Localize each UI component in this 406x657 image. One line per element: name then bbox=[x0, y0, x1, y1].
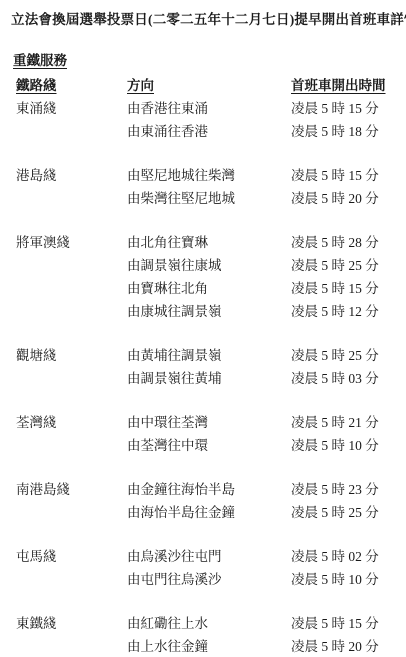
direction-cell: 由海怡半島往金鐘 bbox=[127, 501, 291, 524]
document-page: 立法會換屆選舉投票日(二零二五年十二月七日)提早開出首班車詳情: 重鐵服務 鐵路… bbox=[0, 0, 406, 657]
line-name-cell: 東涌綫 bbox=[16, 97, 127, 120]
column-header-direction: 方向 bbox=[127, 74, 291, 97]
document-title: 立法會換屆選舉投票日(二零二五年十二月七日)提早開出首班車詳情: bbox=[11, 11, 398, 28]
time-cell: 凌晨 5 時 20 分 bbox=[291, 187, 398, 210]
direction-cell: 由柴灣往堅尼地城 bbox=[127, 187, 291, 210]
direction-cell: 由康城往調景嶺 bbox=[127, 300, 291, 323]
time-cell: 凌晨 5 時 18 分 bbox=[291, 120, 398, 143]
table-row: 由康城往調景嶺凌晨 5 時 12 分 bbox=[16, 300, 398, 323]
time-cell: 凌晨 5 時 15 分 bbox=[291, 612, 398, 635]
time-cell: 凌晨 5 時 02 分 bbox=[291, 545, 398, 568]
line-name-cell bbox=[16, 120, 127, 143]
direction-cell: 由東涌往香港 bbox=[127, 120, 291, 143]
direction-cell: 由荃灣往中環 bbox=[127, 434, 291, 457]
line-group: 南港島綫由金鐘往海怡半島凌晨 5 時 23 分由海怡半島往金鐘凌晨 5 時 25… bbox=[16, 478, 398, 524]
line-name-cell: 東鐵綫 bbox=[16, 612, 127, 635]
direction-cell: 由中環往荃灣 bbox=[127, 411, 291, 434]
time-cell: 凌晨 5 時 12 分 bbox=[291, 300, 398, 323]
direction-cell: 由北角往寶琳 bbox=[127, 231, 291, 254]
time-cell: 凌晨 5 時 15 分 bbox=[291, 97, 398, 120]
line-group: 屯馬綫由烏溪沙往屯門凌晨 5 時 02 分由屯門往烏溪沙凌晨 5 時 10 分 bbox=[16, 545, 398, 591]
table-row: 由寶琳往北角凌晨 5 時 15 分 bbox=[16, 277, 398, 300]
line-group: 將軍澳綫由北角往寶琳凌晨 5 時 28 分由調景嶺往康城凌晨 5 時 25 分由… bbox=[16, 231, 398, 323]
table-groups: 東涌綫由香港往東涌凌晨 5 時 15 分由東涌往香港凌晨 5 時 18 分港島綫… bbox=[16, 97, 398, 657]
time-cell: 凌晨 5 時 28 分 bbox=[291, 231, 398, 254]
line-group: 東涌綫由香港往東涌凌晨 5 時 15 分由東涌往香港凌晨 5 時 18 分 bbox=[16, 97, 398, 143]
time-cell: 凌晨 5 時 21 分 bbox=[291, 411, 398, 434]
line-name-cell: 觀塘綫 bbox=[16, 344, 127, 367]
line-name-cell: 將軍澳綫 bbox=[16, 231, 127, 254]
time-cell: 凌晨 5 時 23 分 bbox=[291, 478, 398, 501]
direction-cell: 由上水往金鐘 bbox=[127, 635, 291, 657]
first-train-table: 鐵路綫 方向 首班車開出時間 東涌綫由香港往東涌凌晨 5 時 15 分由東涌往香… bbox=[16, 74, 398, 657]
direction-cell: 由調景嶺往康城 bbox=[127, 254, 291, 277]
time-cell: 凌晨 5 時 03 分 bbox=[291, 367, 398, 390]
table-row: 由海怡半島往金鐘凌晨 5 時 25 分 bbox=[16, 501, 398, 524]
table-row: 觀塘綫由黃埔往調景嶺凌晨 5 時 25 分 bbox=[16, 344, 398, 367]
table-row: 將軍澳綫由北角往寶琳凌晨 5 時 28 分 bbox=[16, 231, 398, 254]
line-name-cell bbox=[16, 300, 127, 323]
time-cell: 凌晨 5 時 20 分 bbox=[291, 635, 398, 657]
table-row: 由荃灣往中環凌晨 5 時 10 分 bbox=[16, 434, 398, 457]
line-name-cell bbox=[16, 635, 127, 657]
direction-cell: 由黃埔往調景嶺 bbox=[127, 344, 291, 367]
line-group: 荃灣綫由中環往荃灣凌晨 5 時 21 分由荃灣往中環凌晨 5 時 10 分 bbox=[16, 411, 398, 457]
line-name-cell bbox=[16, 254, 127, 277]
direction-cell: 由金鐘往海怡半島 bbox=[127, 478, 291, 501]
table-row: 港島綫由堅尼地城往柴灣凌晨 5 時 15 分 bbox=[16, 164, 398, 187]
line-group: 港島綫由堅尼地城往柴灣凌晨 5 時 15 分由柴灣往堅尼地城凌晨 5 時 20 … bbox=[16, 164, 398, 210]
direction-cell: 由屯門往烏溪沙 bbox=[127, 568, 291, 591]
direction-cell: 由堅尼地城往柴灣 bbox=[127, 164, 291, 187]
table-row: 由調景嶺往康城凌晨 5 時 25 分 bbox=[16, 254, 398, 277]
table-row: 南港島綫由金鐘往海怡半島凌晨 5 時 23 分 bbox=[16, 478, 398, 501]
line-name-cell: 港島綫 bbox=[16, 164, 127, 187]
time-cell: 凌晨 5 時 15 分 bbox=[291, 164, 398, 187]
column-header-time: 首班車開出時間 bbox=[291, 74, 398, 97]
direction-cell: 由寶琳往北角 bbox=[127, 277, 291, 300]
line-name-cell bbox=[16, 434, 127, 457]
line-name-cell bbox=[16, 501, 127, 524]
line-group: 東鐵綫由紅磡往上水凌晨 5 時 15 分由上水往金鐘凌晨 5 時 20 分 bbox=[16, 612, 398, 657]
line-group: 觀塘綫由黃埔往調景嶺凌晨 5 時 25 分由調景嶺往黃埔凌晨 5 時 03 分 bbox=[16, 344, 398, 390]
line-name-cell bbox=[16, 277, 127, 300]
time-cell: 凌晨 5 時 10 分 bbox=[291, 434, 398, 457]
column-header-line: 鐵路綫 bbox=[16, 74, 127, 97]
line-name-cell: 南港島綫 bbox=[16, 478, 127, 501]
line-name-cell bbox=[16, 187, 127, 210]
section-heading: 重鐵服務 bbox=[13, 49, 67, 69]
time-cell: 凌晨 5 時 25 分 bbox=[291, 254, 398, 277]
direction-cell: 由調景嶺往黃埔 bbox=[127, 367, 291, 390]
line-name-cell bbox=[16, 367, 127, 390]
time-cell: 凌晨 5 時 15 分 bbox=[291, 277, 398, 300]
line-name-cell bbox=[16, 568, 127, 591]
direction-cell: 由香港往東涌 bbox=[127, 97, 291, 120]
table-row: 荃灣綫由中環往荃灣凌晨 5 時 21 分 bbox=[16, 411, 398, 434]
direction-cell: 由紅磡往上水 bbox=[127, 612, 291, 635]
table-row: 由柴灣往堅尼地城凌晨 5 時 20 分 bbox=[16, 187, 398, 210]
time-cell: 凌晨 5 時 10 分 bbox=[291, 568, 398, 591]
table-row: 屯馬綫由烏溪沙往屯門凌晨 5 時 02 分 bbox=[16, 545, 398, 568]
line-name-cell: 屯馬綫 bbox=[16, 545, 127, 568]
table-row: 由東涌往香港凌晨 5 時 18 分 bbox=[16, 120, 398, 143]
table-row: 由上水往金鐘凌晨 5 時 20 分 bbox=[16, 635, 398, 657]
table-row: 東鐵綫由紅磡往上水凌晨 5 時 15 分 bbox=[16, 612, 398, 635]
time-cell: 凌晨 5 時 25 分 bbox=[291, 344, 398, 367]
line-name-cell: 荃灣綫 bbox=[16, 411, 127, 434]
table-row: 由屯門往烏溪沙凌晨 5 時 10 分 bbox=[16, 568, 398, 591]
table-row: 東涌綫由香港往東涌凌晨 5 時 15 分 bbox=[16, 97, 398, 120]
time-cell: 凌晨 5 時 25 分 bbox=[291, 501, 398, 524]
direction-cell: 由烏溪沙往屯門 bbox=[127, 545, 291, 568]
table-header-row: 鐵路綫 方向 首班車開出時間 bbox=[16, 74, 398, 97]
table-row: 由調景嶺往黃埔凌晨 5 時 03 分 bbox=[16, 367, 398, 390]
